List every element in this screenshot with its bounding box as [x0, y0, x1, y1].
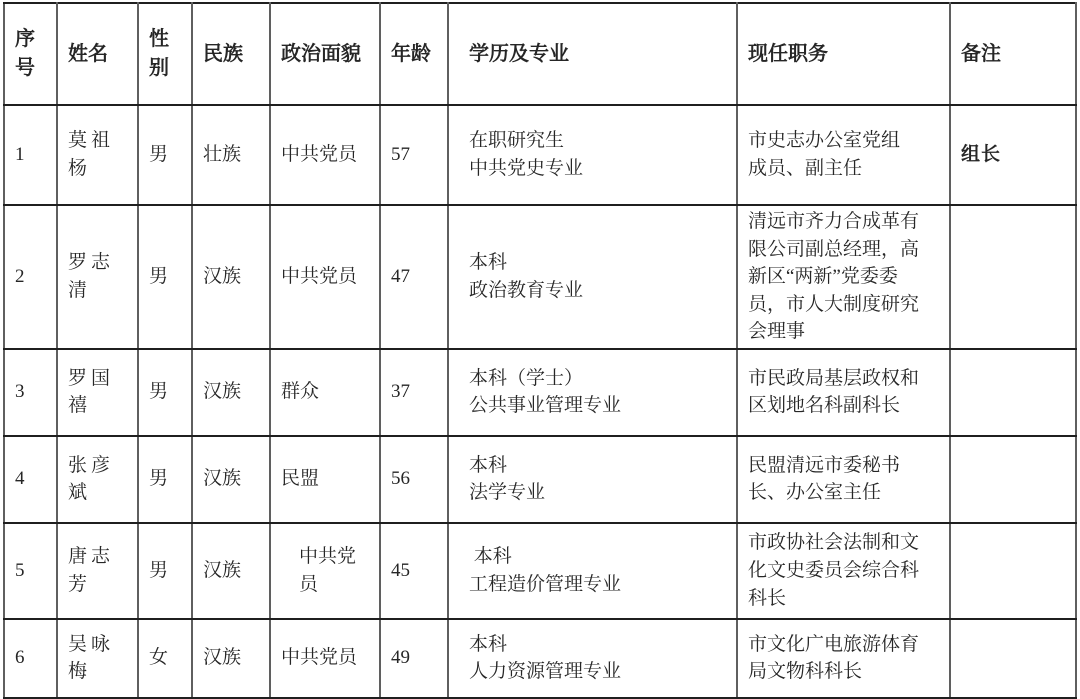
header-gender: 性 别 [138, 3, 192, 105]
cell-remark: 组长 [950, 105, 1076, 205]
header-serial: 序 号 [4, 3, 57, 105]
cell-name: 唐志芳 [57, 523, 138, 619]
header-education-major: 学历及专业 [448, 3, 737, 105]
cell-ethnicity: 汉族 [192, 523, 270, 619]
personnel-roster-table: 序 号 姓名 性 别 民族 政治面貌 年龄 学历及专业 现任职务 备注 1莫祖杨… [3, 2, 1077, 699]
cell-education-major: 本科 工程造价管理专业 [448, 523, 737, 619]
cell-serial: 6 [4, 619, 57, 698]
header-current-position: 现任职务 [737, 3, 950, 105]
cell-serial: 5 [4, 523, 57, 619]
header-row: 序 号 姓名 性 别 民族 政治面貌 年龄 学历及专业 现任职务 备注 [4, 3, 1076, 105]
cell-political-status: 群众 [270, 349, 380, 436]
header-name: 姓名 [57, 3, 138, 105]
cell-ethnicity: 壮族 [192, 105, 270, 205]
cell-remark [950, 523, 1076, 619]
cell-name: 莫祖杨 [57, 105, 138, 205]
cell-current-position: 清远市齐力合成革有 限公司副总经理，高 新区“两新”党委委 员，市人大制度研究 … [737, 205, 950, 349]
table-row: 5唐志芳男汉族中共党员45 本科 工程造价管理专业市政协社会法制和文 化文史委员… [4, 523, 1076, 619]
cell-gender: 男 [138, 523, 192, 619]
cell-serial: 1 [4, 105, 57, 205]
cell-education-major: 本科 法学专业 [448, 436, 737, 523]
cell-name: 张彦斌 [57, 436, 138, 523]
cell-political-status: 中共党员 [270, 523, 380, 619]
cell-political-status: 民盟 [270, 436, 380, 523]
cell-gender: 女 [138, 619, 192, 698]
cell-political-status: 中共党员 [270, 619, 380, 698]
cell-remark [950, 349, 1076, 436]
personnel-roster-table-container: 序 号 姓名 性 别 民族 政治面貌 年龄 学历及专业 现任职务 备注 1莫祖杨… [3, 2, 1077, 699]
cell-remark [950, 619, 1076, 698]
header-remark: 备注 [950, 3, 1076, 105]
cell-age: 37 [380, 349, 448, 436]
cell-serial: 2 [4, 205, 57, 349]
table-row: 4张彦斌男汉族民盟56本科 法学专业民盟清远市委秘书 长、办公室主任 [4, 436, 1076, 523]
table-row: 2罗志清男汉族中共党员47本科 政治教育专业清远市齐力合成革有 限公司副总经理，… [4, 205, 1076, 349]
cell-serial: 4 [4, 436, 57, 523]
table-row: 1莫祖杨男壮族中共党员57在职研究生 中共党史专业市史志办公室党组 成员、副主任… [4, 105, 1076, 205]
cell-remark [950, 436, 1076, 523]
cell-current-position: 民盟清远市委秘书 长、办公室主任 [737, 436, 950, 523]
table-body: 1莫祖杨男壮族中共党员57在职研究生 中共党史专业市史志办公室党组 成员、副主任… [4, 105, 1076, 698]
cell-ethnicity: 汉族 [192, 349, 270, 436]
cell-education-major: 本科 人力资源管理专业 [448, 619, 737, 698]
cell-gender: 男 [138, 436, 192, 523]
cell-remark [950, 205, 1076, 349]
cell-political-status: 中共党员 [270, 105, 380, 205]
cell-education-major: 在职研究生 中共党史专业 [448, 105, 737, 205]
cell-age: 49 [380, 619, 448, 698]
cell-ethnicity: 汉族 [192, 205, 270, 349]
table-row: 6吴咏梅女汉族中共党员49本科 人力资源管理专业市文化广电旅游体育 局文物科科长 [4, 619, 1076, 698]
cell-current-position: 市史志办公室党组 成员、副主任 [737, 105, 950, 205]
cell-age: 45 [380, 523, 448, 619]
table-header: 序 号 姓名 性 别 民族 政治面貌 年龄 学历及专业 现任职务 备注 [4, 3, 1076, 105]
header-political-status: 政治面貌 [270, 3, 380, 105]
cell-current-position: 市民政局基层政权和 区划地名科副科长 [737, 349, 950, 436]
cell-education-major: 本科（学士） 公共事业管理专业 [448, 349, 737, 436]
cell-serial: 3 [4, 349, 57, 436]
cell-current-position: 市政协社会法制和文 化文史委员会综合科 科长 [737, 523, 950, 619]
cell-current-position: 市文化广电旅游体育 局文物科科长 [737, 619, 950, 698]
cell-age: 57 [380, 105, 448, 205]
header-ethnicity: 民族 [192, 3, 270, 105]
cell-age: 47 [380, 205, 448, 349]
cell-ethnicity: 汉族 [192, 619, 270, 698]
cell-ethnicity: 汉族 [192, 436, 270, 523]
table-row: 3罗国禧男汉族群众37本科（学士） 公共事业管理专业市民政局基层政权和 区划地名… [4, 349, 1076, 436]
cell-age: 56 [380, 436, 448, 523]
header-age: 年龄 [380, 3, 448, 105]
cell-name: 罗国禧 [57, 349, 138, 436]
cell-education-major: 本科 政治教育专业 [448, 205, 737, 349]
cell-gender: 男 [138, 349, 192, 436]
cell-name: 罗志清 [57, 205, 138, 349]
cell-name: 吴咏梅 [57, 619, 138, 698]
cell-gender: 男 [138, 105, 192, 205]
cell-gender: 男 [138, 205, 192, 349]
cell-political-status: 中共党员 [270, 205, 380, 349]
